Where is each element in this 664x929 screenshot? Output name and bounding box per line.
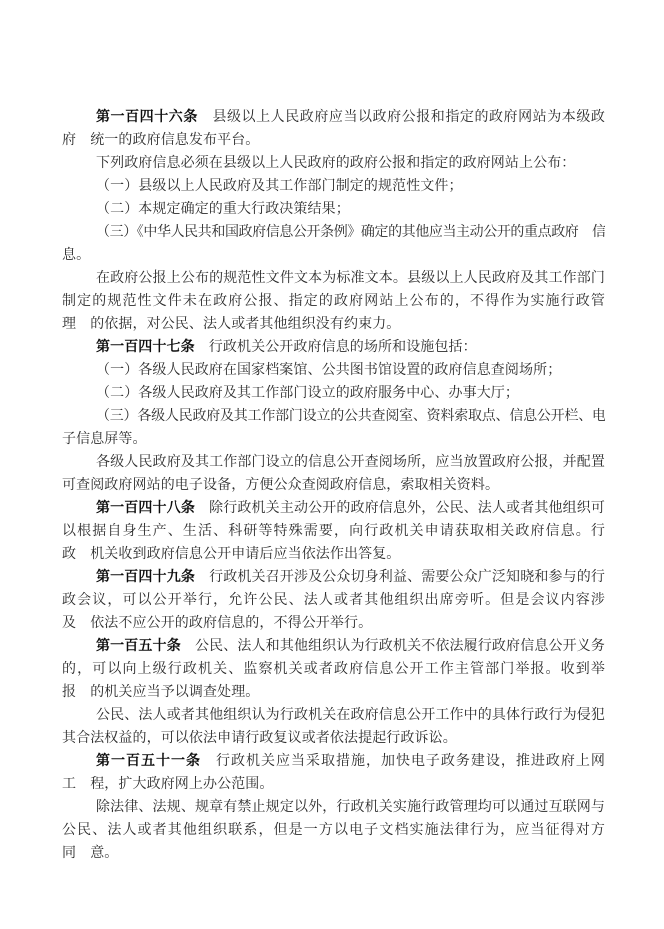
text-line: （三）各级人民政府及其工作部门设立的公共查阅室、资料索取点、信息公开栏、电 bbox=[62, 405, 605, 428]
text-line: 息。 bbox=[62, 244, 605, 267]
text-line: 第一百四十八条 除行政机关主动公开的政府信息外，公民、法人或者其他组织可 bbox=[62, 497, 605, 520]
line-text: 行政机关公开政府信息的场所和设施包括： bbox=[195, 340, 477, 355]
line-text: 以根据自身生产、生活、科研等特殊需要，向行政机关申请获取相关政府信息。行 bbox=[62, 524, 605, 539]
text-line: 除法律、法规、规章有禁止规定以外，行政机关实施行政管理均可以通过互联网与 bbox=[62, 796, 605, 819]
text-line: 公民、法人或者其他组织联系，但是一方以电子文档实施法律行为，应当征得对方 bbox=[62, 819, 605, 842]
text-line: 下列政府信息必须在县级以上人民政府的政府公报和指定的政府网站上公布： bbox=[62, 152, 605, 175]
text-line: 政 机关收到政府信息公开申请后应当依法作出答复。 bbox=[62, 543, 605, 566]
text-line: （一）各级人民政府在国家档案馆、公共图书馆设置的政府信息查阅场所； bbox=[62, 359, 605, 382]
text-line: 政会议，可以公开举行，允许公民、法人或者其他组织出席旁听。但是会议内容涉 bbox=[62, 589, 605, 612]
line-text: 各级人民政府及其工作部门设立的信息公开查阅场所，应当放置政府公报，并配置 bbox=[96, 455, 605, 470]
line-text: （二）本规定确定的重大行政决策结果； bbox=[96, 202, 350, 217]
line-text: 政会议，可以公开举行，允许公民、法人或者其他组织出席旁听。但是会议内容涉 bbox=[62, 593, 605, 608]
text-line: 各级人民政府及其工作部门设立的信息公开查阅场所，应当放置政府公报，并配置 bbox=[62, 451, 605, 474]
line-text: 及 依法不应公开的政府信息的，不得公开举行。 bbox=[62, 616, 372, 631]
line-text: 县级以上人民政府应当以政府公报和指定的政府网站为本级政 bbox=[198, 110, 605, 125]
line-text: 报 的机关应当予以调查处理。 bbox=[62, 685, 259, 700]
text-line: （二）各级人民政府及其工作部门设立的政府服务中心、办事大厅； bbox=[62, 382, 605, 405]
text-line: 第一百四十六条 县级以上人民政府应当以政府公报和指定的政府网站为本级政 bbox=[62, 106, 605, 129]
text-line: 报 的机关应当予以调查处理。 bbox=[62, 681, 605, 704]
text-line: 制定的规范性文件未在政府公报、指定的政府网站上公布的，不得作为实施行政管 bbox=[62, 290, 605, 313]
line-text: 工 程，扩大政府网上办公范围。 bbox=[62, 777, 274, 792]
document-body: 第一百四十六条 县级以上人民政府应当以政府公报和指定的政府网站为本级政 府 统一… bbox=[62, 106, 605, 865]
line-text: 制定的规范性文件未在政府公报、指定的政府网站上公布的，不得作为实施行政管 bbox=[62, 294, 605, 309]
line-text: 其合法权益的，可以依法申请行政复议或者依法提起行政诉讼。 bbox=[62, 731, 457, 746]
text-line: 第一百五十一条 行政机关应当采取措施，加快电子政务建设，推进政府上网 bbox=[62, 750, 605, 773]
line-text: 子信息屏等。 bbox=[62, 432, 147, 447]
line-text: 公民、法人和其他组织认为行政机关不依法履行政府信息公开义务 bbox=[181, 639, 605, 654]
text-line: 在政府公报上公布的规范性文件文本为标准文本。县级以上人民政府及其工作部门 bbox=[62, 267, 605, 290]
line-text: 府 统一的政府信息发布平台。 bbox=[62, 133, 259, 148]
line-text: 息。 bbox=[62, 248, 90, 263]
line-text: 除行政机关主动公开的政府信息外，公民、法人或者其他组织可 bbox=[195, 501, 605, 516]
line-text: （一）各级人民政府在国家档案馆、公共图书馆设置的政府信息查阅场所； bbox=[96, 363, 561, 378]
line-text: 政 机关收到政府信息公开申请后应当依法作出答复。 bbox=[62, 547, 400, 562]
text-line: 可查阅政府网站的电子设备，方便公众查阅政府信息，索取相关资料。 bbox=[62, 474, 605, 497]
text-line: 同 意。 bbox=[62, 842, 605, 865]
text-line: （三）《中华人民共和国政府信息公开条例》确定的其他应当主动公开的重点政府 信 bbox=[62, 221, 605, 244]
line-text: （二）各级人民政府及其工作部门设立的政府服务中心、办事大厅； bbox=[96, 386, 519, 401]
text-line: 府 统一的政府信息发布平台。 bbox=[62, 129, 605, 152]
text-line: （一）县级以上人民政府及其工作部门制定的规范性文件； bbox=[62, 175, 605, 198]
text-line: 公民、法人或者其他组织认为行政机关在政府信息公开工作中的具体行政行为侵犯 bbox=[62, 704, 605, 727]
line-text: 在政府公报上公布的规范性文件文本为标准文本。县级以上人民政府及其工作部门 bbox=[96, 271, 605, 286]
line-text: 行政机关召开涉及公众切身利益、需要公众广泛知晓和参与的行 bbox=[195, 570, 605, 585]
article-heading: 第一百四十九条 bbox=[96, 570, 195, 585]
text-line: 其合法权益的，可以依法申请行政复议或者依法提起行政诉讼。 bbox=[62, 727, 605, 750]
article-heading: 第一百五十条 bbox=[96, 639, 181, 654]
line-text: 公民、法人或者其他组织联系，但是一方以电子文档实施法律行为，应当征得对方 bbox=[62, 823, 605, 838]
line-text: （一）县级以上人民政府及其工作部门制定的规范性文件； bbox=[96, 179, 463, 194]
line-text: 公民、法人或者其他组织认为行政机关在政府信息公开工作中的具体行政行为侵犯 bbox=[96, 708, 605, 723]
line-text: （三）《中华人民共和国政府信息公开条例》确定的其他应当主动公开的重点政府 信 bbox=[96, 225, 605, 240]
text-line: （二）本规定确定的重大行政决策结果； bbox=[62, 198, 605, 221]
document-page: { "style": { "background": "#ffffff", "b… bbox=[0, 0, 664, 929]
text-line: 第一百五十条 公民、法人和其他组织认为行政机关不依法履行政府信息公开义务 bbox=[62, 635, 605, 658]
article-heading: 第一百四十七条 bbox=[96, 340, 195, 355]
line-text: 理 的依据，对公民、法人或者其他组织没有约束力。 bbox=[62, 317, 400, 332]
article-heading: 第一百四十八条 bbox=[96, 501, 195, 516]
line-text: 的，可以向上级行政机关、监察机关或者政府信息公开工作主管部门举报。收到举 bbox=[62, 662, 605, 677]
text-line: 工 程，扩大政府网上办公范围。 bbox=[62, 773, 605, 796]
line-text: （三）各级人民政府及其工作部门设立的公共查阅室、资料索取点、信息公开栏、电 bbox=[96, 409, 605, 424]
line-text: 下列政府信息必须在县级以上人民政府的政府公报和指定的政府网站上公布： bbox=[96, 156, 575, 171]
text-line: 理 的依据，对公民、法人或者其他组织没有约束力。 bbox=[62, 313, 605, 336]
text-line: 以根据自身生产、生活、科研等特殊需要，向行政机关申请获取相关政府信息。行 bbox=[62, 520, 605, 543]
text-line: 的，可以向上级行政机关、监察机关或者政府信息公开工作主管部门举报。收到举 bbox=[62, 658, 605, 681]
line-text: 行政机关应当采取措施，加快电子政务建设，推进政府上网 bbox=[201, 754, 605, 769]
line-text: 同 意。 bbox=[62, 846, 118, 861]
article-heading: 第一百五十一条 bbox=[96, 754, 201, 769]
text-line: 及 依法不应公开的政府信息的，不得公开举行。 bbox=[62, 612, 605, 635]
text-line: 第一百四十七条 行政机关公开政府信息的场所和设施包括： bbox=[62, 336, 605, 359]
line-text: 可查阅政府网站的电子设备，方便公众查阅政府信息，索取相关资料。 bbox=[62, 478, 499, 493]
article-heading: 第一百四十六条 bbox=[96, 110, 198, 125]
text-line: 子信息屏等。 bbox=[62, 428, 605, 451]
line-text: 除法律、法规、规章有禁止规定以外，行政机关实施行政管理均可以通过互联网与 bbox=[96, 800, 605, 815]
text-line: 第一百四十九条 行政机关召开涉及公众切身利益、需要公众广泛知晓和参与的行 bbox=[62, 566, 605, 589]
